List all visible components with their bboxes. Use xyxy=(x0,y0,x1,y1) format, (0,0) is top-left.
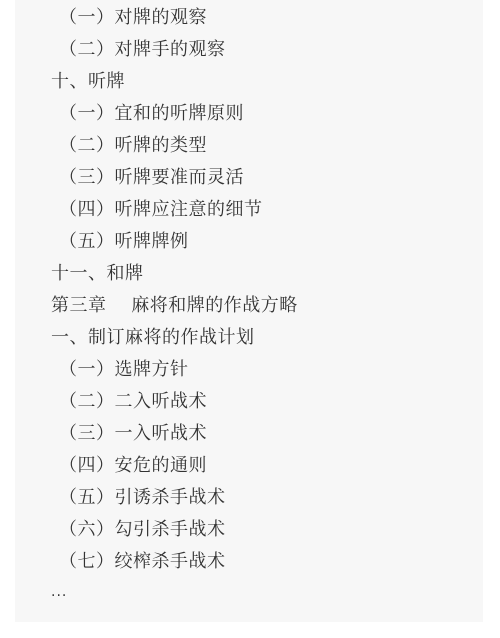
document-panel: （一）对牌的观察 （二）对牌手的观察 十、听牌 （一）宜和的听牌原则 （二）听牌… xyxy=(15,0,483,622)
toc-subsection: （七）绞榨杀手战术 xyxy=(51,546,298,578)
toc-section: 一、制订麻将的作战计划 xyxy=(51,322,298,354)
toc-subsection: （二）二入听战术 xyxy=(51,386,298,418)
toc-subsection: （四）听牌应注意的细节 xyxy=(51,194,298,226)
toc-subsection: （一）选牌方针 xyxy=(51,354,298,386)
toc-subsection: （五）引诱杀手战术 xyxy=(51,482,298,514)
toc-subsection: （六）勾引杀手战术 xyxy=(51,514,298,546)
table-of-contents: （一）对牌的观察 （二）对牌手的观察 十、听牌 （一）宜和的听牌原则 （二）听牌… xyxy=(51,2,298,610)
toc-subsection: （一）宜和的听牌原则 xyxy=(51,98,298,130)
toc-section: 十一、和牌 xyxy=(51,258,298,290)
toc-subsection: （三）一入听战术 xyxy=(51,418,298,450)
toc-subsection: （一）对牌的观察 xyxy=(51,2,298,34)
toc-subsection: （二）听牌的类型 xyxy=(51,130,298,162)
toc-subsection: （二）对牌手的观察 xyxy=(51,34,298,66)
toc-chapter-heading: 第三章 麻将和牌的作战方略 xyxy=(51,290,298,322)
toc-subsection: （四）安危的通则 xyxy=(51,450,298,482)
toc-subsection: （五）听牌牌例 xyxy=(51,226,298,258)
toc-ellipsis: ... xyxy=(51,578,298,610)
toc-section: 十、听牌 xyxy=(51,66,298,98)
toc-subsection: （三）听牌要准而灵活 xyxy=(51,162,298,194)
